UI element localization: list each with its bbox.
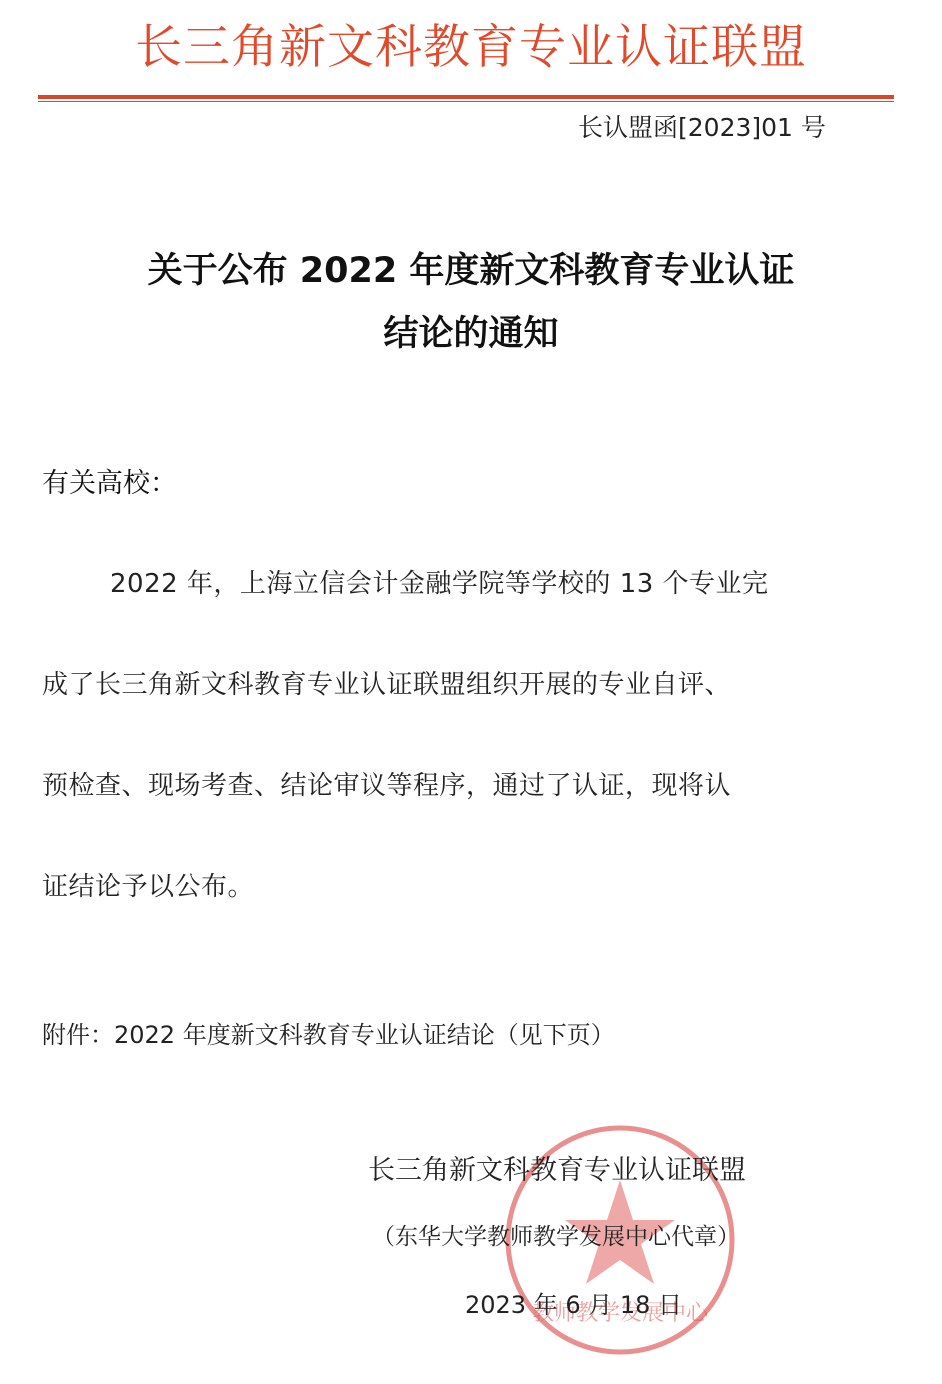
- document-number: 长认盟函[2023]01 号: [578, 108, 826, 144]
- letterhead-title: 长三角新文科教育专业认证联盟: [0, 10, 942, 77]
- letterhead-rule-thin: [38, 101, 894, 102]
- signature-organization: 长三角新文科教育专业认证联盟: [368, 1148, 746, 1187]
- signature-date: 2023 年 6 月 18 日: [465, 1285, 682, 1320]
- letterhead-rule-thick: [38, 95, 894, 99]
- body-line-2: 成了长三角新文科教育专业认证联盟组织开展的专业自评、: [42, 664, 731, 701]
- document-title-line-1: 关于公布 2022 年度新文科教育专业认证: [0, 243, 942, 293]
- attachment-note: 附件：2022 年度新文科教育专业认证结论（见下页）: [42, 1015, 615, 1050]
- document-title-line-2: 结论的通知: [0, 306, 942, 356]
- body-line-4: 证结论予以公布。: [42, 866, 254, 903]
- body-line-3: 预检查、现场考查、结论审议等程序，通过了认证，现将认: [42, 765, 731, 802]
- body-line-1: 2022 年，上海立信会计金融学院等学校的 13 个专业完: [110, 563, 769, 600]
- salutation: 有关高校：: [42, 461, 177, 500]
- signature-on-behalf: （东华大学教师教学发展中心代章）: [372, 1218, 740, 1251]
